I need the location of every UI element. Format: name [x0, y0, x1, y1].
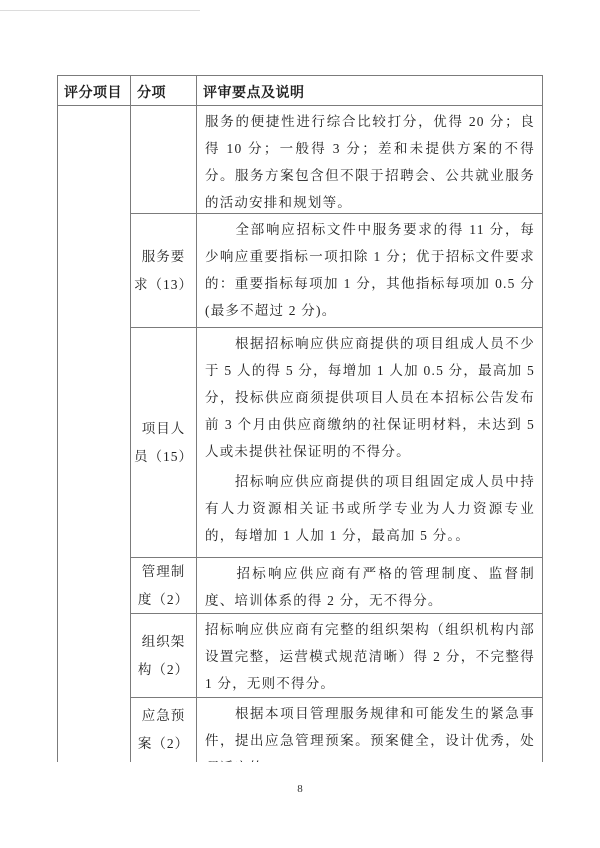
- review-point-text: 根据招标响应供应商提供的项目组成人员不少于 5 人的得 5 分，每增加 1 人加…: [205, 330, 535, 465]
- table-body: 服务的便捷性进行综合比较打分，优得 20 分；良得 10 分；一般得 3 分；差…: [58, 106, 542, 762]
- sub-item-label: 管理制 度（2）: [131, 558, 197, 613]
- review-point-text: 招标响应供应商有严格的管理制度、监督制度、培训体系的得 2 分，无不得分。: [205, 560, 535, 613]
- table-rows: 服务的便捷性进行综合比较打分，优得 20 分；良得 10 分；一般得 3 分；差…: [131, 106, 542, 762]
- review-point-text: 全部响应招标文件中服务要求的得 11 分，每少响应重要指标一项扣除 1 分；优于…: [205, 216, 535, 324]
- table-header-row: 评分项目 分项 评审要点及说明: [58, 76, 542, 106]
- review-points-cell: 招标响应供应商有严格的管理制度、监督制度、培训体系的得 2 分，无不得分。: [197, 558, 542, 613]
- table-row: 项目人 员（15） 根据招标响应供应商提供的项目组成人员不少于 5 人的得 5 …: [131, 328, 542, 558]
- sub-item-label: 应急预 案（2）: [131, 698, 197, 762]
- table-row: 组织架 构（2） 招标响应供应商有完整的组织架构（组织机构内部设置完整，运营模式…: [131, 614, 542, 698]
- column-header-sub-item: 分项: [131, 76, 197, 105]
- evaluation-criteria-table: 评分项目 分项 评审要点及说明 服务的便捷性进行综合比较打分，优得 20 分；良…: [57, 75, 543, 762]
- review-point-text: 根据本项目管理服务规律和可能发生的紧急事件，提出应急管理预案。预案健全，设计优秀…: [205, 700, 535, 762]
- page-number: 8: [0, 783, 600, 795]
- review-points-cell: 根据招标响应供应商提供的项目组成人员不少于 5 人的得 5 分，每增加 1 人加…: [197, 328, 542, 557]
- column-header-review-points: 评审要点及说明: [197, 76, 542, 105]
- scoring-item-merged-cell: [58, 106, 131, 762]
- sub-item-label: 项目人 员（15）: [131, 328, 197, 557]
- sub-item-label: 组织架 构（2）: [131, 614, 197, 697]
- scan-artifact-line: [0, 10, 200, 11]
- review-point-text: 招标响应供应商有完整的组织架构（组织机构内部设置完整，运营模式规范清晰）得 2 …: [205, 616, 535, 697]
- review-points-cell: 根据本项目管理服务规律和可能发生的紧急事件，提出应急管理预案。预案健全，设计优秀…: [197, 698, 542, 762]
- review-points-cell: 招标响应供应商有完整的组织架构（组织机构内部设置完整，运营模式规范清晰）得 2 …: [197, 614, 542, 697]
- document-page: 评分项目 分项 评审要点及说明 服务的便捷性进行综合比较打分，优得 20 分；良…: [0, 0, 600, 848]
- table-row: 服务的便捷性进行综合比较打分，优得 20 分；良得 10 分；一般得 3 分；差…: [131, 106, 542, 214]
- column-header-scoring-item: 评分项目: [58, 76, 131, 105]
- sub-item-label: [131, 106, 197, 213]
- table-row: 管理制 度（2） 招标响应供应商有严格的管理制度、监督制度、培训体系的得 2 分…: [131, 558, 542, 614]
- review-point-text: 招标响应供应商提供的项目组固定成人员中持有人力资源相关证书或所学专业为人力资源专…: [205, 468, 535, 549]
- review-points-cell: 服务的便捷性进行综合比较打分，优得 20 分；良得 10 分；一般得 3 分；差…: [197, 106, 542, 213]
- sub-item-label: 服务要 求（13）: [131, 214, 197, 327]
- table-row: 应急预 案（2） 根据本项目管理服务规律和可能发生的紧急事件，提出应急管理预案。…: [131, 698, 542, 762]
- review-point-text: 服务的便捷性进行综合比较打分，优得 20 分；良得 10 分；一般得 3 分；差…: [205, 108, 535, 213]
- table-row: 服务要 求（13） 全部响应招标文件中服务要求的得 11 分，每少响应重要指标一…: [131, 214, 542, 328]
- review-points-cell: 全部响应招标文件中服务要求的得 11 分，每少响应重要指标一项扣除 1 分；优于…: [197, 214, 542, 327]
